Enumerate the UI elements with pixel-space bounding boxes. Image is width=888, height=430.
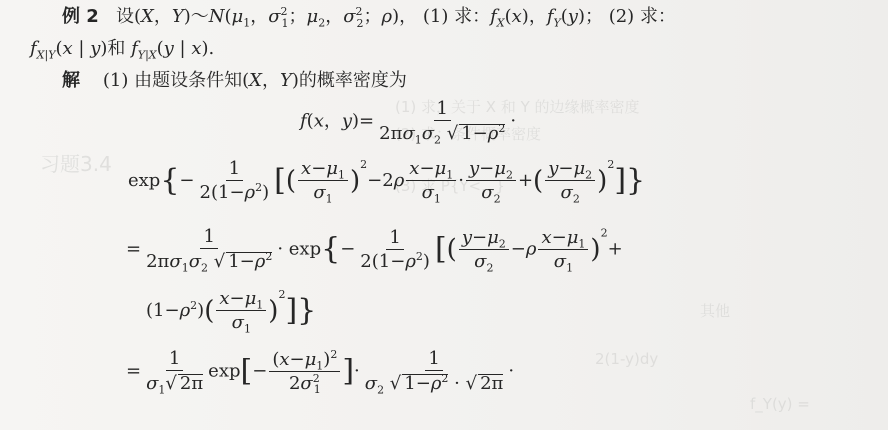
- example-label: 例 2: [62, 6, 99, 27]
- example-statement-line2: fX|Y(x | y)和 fY|X(y | x).: [30, 40, 214, 58]
- solution-intro-text: (1) 由题设条件知(X，Y)的概率密度为: [103, 70, 407, 91]
- fraction: 12πσ1σ2 √1−ρ2: [376, 100, 508, 143]
- bleed-text: 习题3.4: [40, 148, 112, 177]
- equation-4: (1−ρ2)(x−μ1σ1)2]}: [146, 290, 316, 332]
- bleed-text: f_Y(y) =: [750, 395, 810, 413]
- scanned-page: 习题3.4 (1) 求，关于 X 和 Y 的边缘概率密度 (2) 求：条件概率密…: [0, 0, 888, 430]
- statement-text: fX|Y(x | y)和 fY|X(y | x).: [30, 38, 214, 59]
- statement-text: 设(X，Y)～N(μ1，σ21；μ2，σ22；ρ)， (1) 求：fX(x)，f…: [116, 6, 676, 27]
- example-statement-line1: 例 2 设(X，Y)～N(μ1，σ21；μ2，σ22；ρ)， (1) 求：fX(…: [62, 8, 676, 26]
- equation-5: =1σ1√2πexp[−(x−μ1)22σ21]·1σ2 √1−ρ2 · √2π…: [126, 350, 514, 393]
- bleed-text: 其他: [700, 300, 730, 321]
- solution-intro: 解 (1) 由题设条件知(X，Y)的概率密度为: [62, 72, 407, 90]
- solution-label: 解: [62, 70, 80, 91]
- equation-3: =12πσ1σ2 √1−ρ2· exp{−12(1−ρ2)[(y−μ2σ2−ρx…: [126, 228, 623, 271]
- equation-1: f(x，y)=12πσ1σ2 √1−ρ2·: [300, 100, 516, 143]
- equation-2: exp{−12(1−ρ2)[(x−μ1σ1)2−2ρx−μ1σ1·y−μ2σ2+…: [128, 160, 645, 202]
- bleed-text: 2(1-y)dy: [595, 350, 658, 368]
